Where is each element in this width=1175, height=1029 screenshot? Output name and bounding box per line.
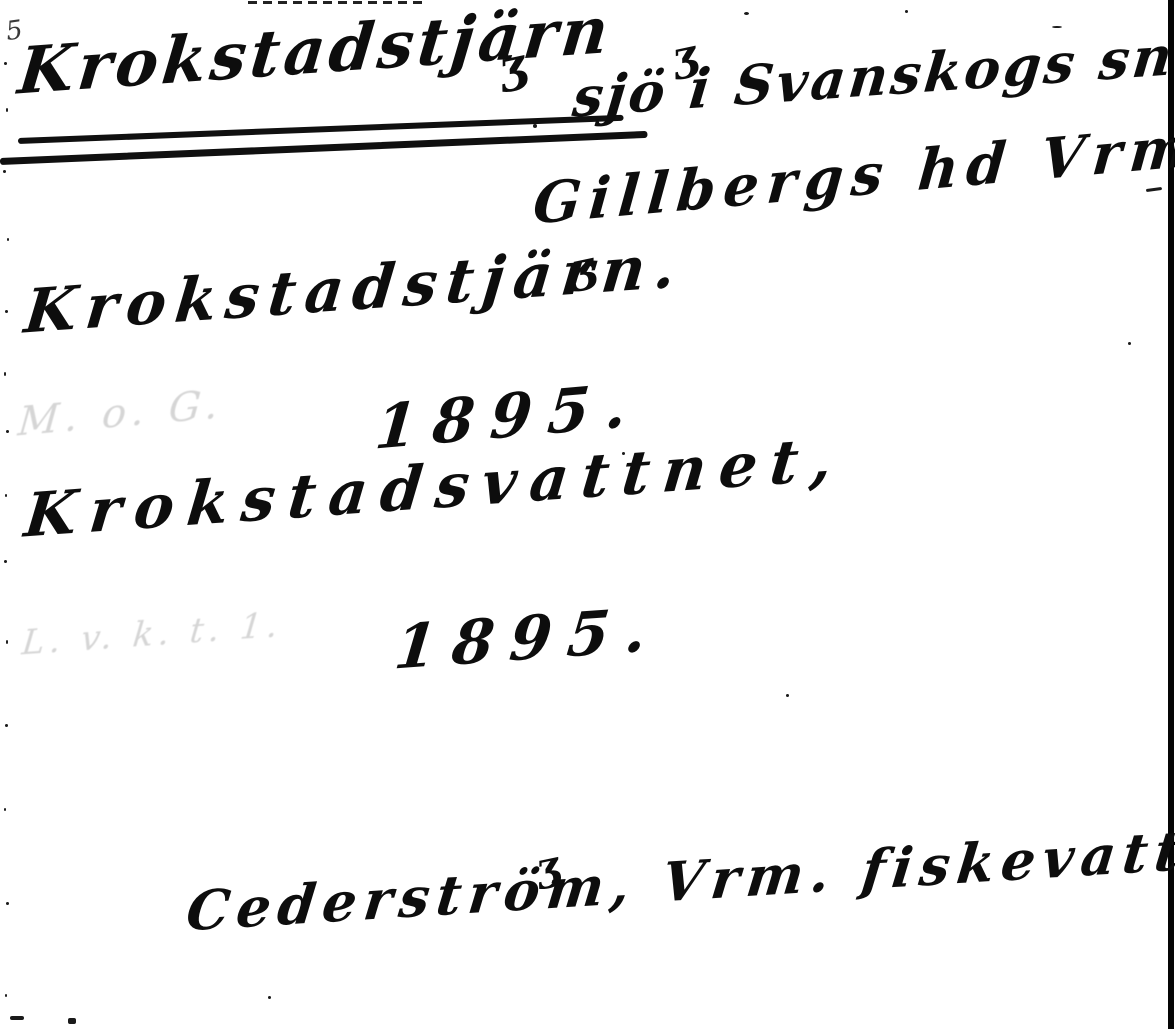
scan-speck — [6, 108, 8, 112]
source-line: Cederström, Vrm. fiskevatten — [184, 817, 1175, 938]
entry-feature-location: sjö i Svanskogs sn. — [570, 26, 1175, 124]
scan-speck — [744, 12, 749, 15]
scan-speck — [4, 560, 7, 563]
scan-speck — [7, 238, 9, 241]
scan-speck — [1146, 187, 1162, 192]
scanned-archive-card: 5 Krokstadstjärn ʒ sjö i Svanskogs sn. ʒ… — [0, 0, 1175, 1029]
scan-dashed-line — [248, 1, 423, 4]
scan-speck — [268, 996, 271, 999]
scan-speck — [1052, 26, 1062, 28]
scan-speck — [6, 430, 9, 433]
pencil-note: L. v. k. t. 1. — [20, 608, 284, 661]
scan-speck — [5, 494, 7, 497]
scan-speck — [905, 10, 908, 13]
pencil-note: M. o. G. — [16, 384, 225, 442]
scan-speck — [622, 452, 625, 455]
scan-speck — [6, 640, 8, 644]
scan-speck — [5, 994, 7, 997]
scan-speck — [786, 694, 789, 697]
scan-speck — [4, 372, 6, 376]
scan-speck — [5, 724, 8, 727]
scan-speck — [6, 902, 9, 905]
scan-speck — [10, 1016, 24, 1020]
scan-speck — [5, 310, 8, 313]
scan-speck — [1128, 342, 1131, 345]
scan-speck — [4, 808, 6, 811]
form-year: 1895. — [392, 599, 666, 678]
scan-speck — [68, 1018, 76, 1024]
scan-speck — [533, 124, 537, 128]
scan-speck — [4, 62, 7, 65]
scan-speck — [3, 170, 6, 173]
